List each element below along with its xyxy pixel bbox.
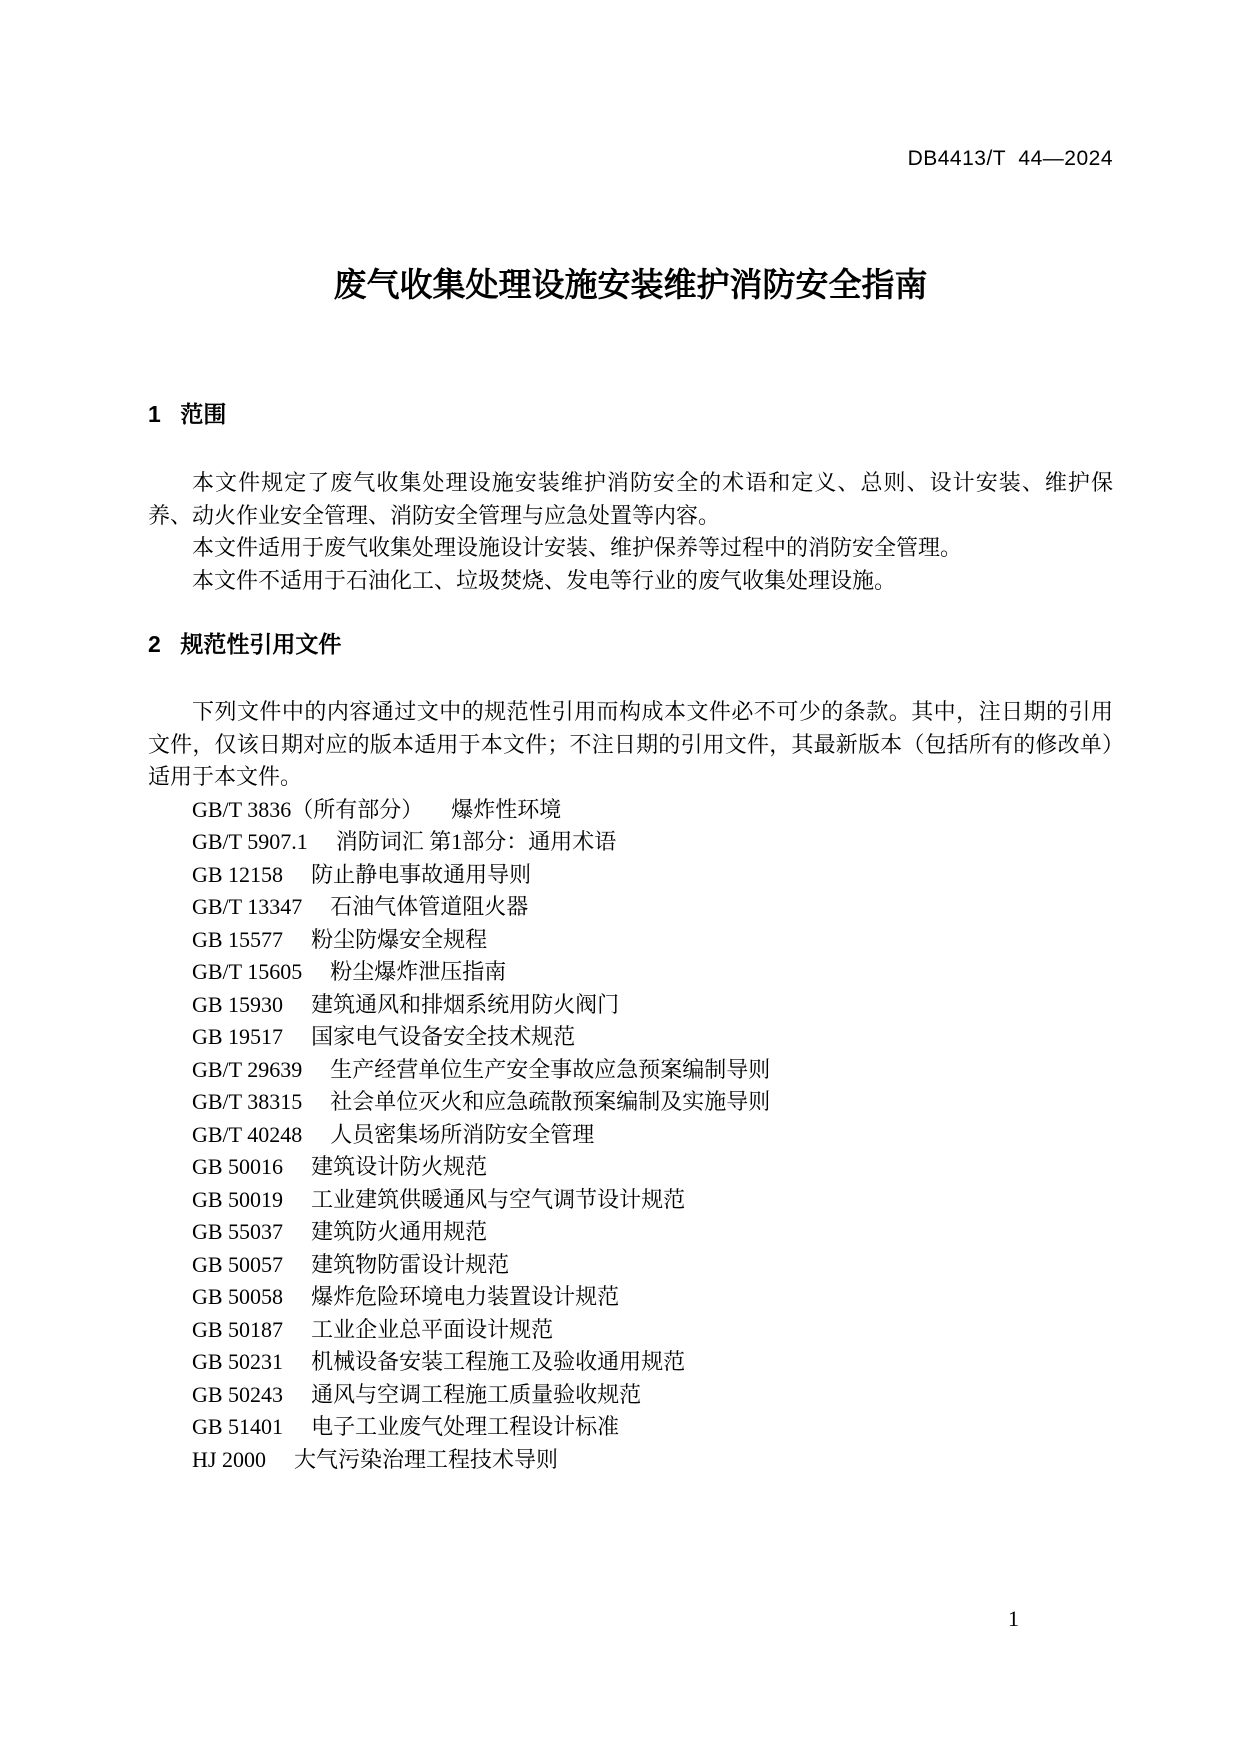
reference-code: GB/T 38315 (192, 1089, 302, 1114)
reference-item: GB 50016建筑设计防火规范 (148, 1151, 1113, 1184)
reference-title: 工业建筑供暖通风与空气调节设计规范 (311, 1187, 685, 1212)
reference-code: GB 55037 (192, 1219, 283, 1244)
reference-item: GB/T 29639生产经营单位生产安全事故应急预案编制导则 (148, 1054, 1113, 1087)
doc-title: 废气收集处理设施安装维护消防安全指南 (148, 264, 1113, 306)
reference-title: 社会单位灭火和应急疏散预案编制及实施导则 (330, 1089, 770, 1114)
section-1-number: 1 (148, 401, 161, 427)
section-1-body: 本文件规定了废气收集处理设施安装维护消防安全的术语和定义、总则、设计安装、维护保… (148, 467, 1113, 597)
reference-item: GB 50231机械设备安装工程施工及验收通用规范 (148, 1346, 1113, 1379)
reference-title: 通风与空调工程施工质量验收规范 (311, 1382, 641, 1407)
reference-code: GB 50187 (192, 1317, 283, 1342)
reference-code: GB 15930 (192, 992, 283, 1017)
reference-item: GB 15930建筑通风和排烟系统用防火阀门 (148, 989, 1113, 1022)
reference-title: 粉尘爆炸泄压指南 (330, 959, 506, 984)
reference-title: 建筑防火通用规范 (311, 1219, 487, 1244)
section-1-heading: 1范围 (148, 399, 1113, 429)
page-number: 1 (1008, 1604, 1019, 1634)
reference-title: 粉尘防爆安全规程 (311, 927, 487, 952)
reference-item: HJ 2000大气污染治理工程技术导则 (148, 1444, 1113, 1477)
reference-title: 防止静电事故通用导则 (311, 862, 531, 887)
paragraph: 本文件适用于废气收集处理设施设计安装、维护保养等过程中的消防安全管理。 (148, 532, 1113, 565)
reference-item: GB 55037建筑防火通用规范 (148, 1216, 1113, 1249)
reference-title: 建筑设计防火规范 (311, 1154, 487, 1179)
reference-title: 爆炸危险环境电力装置设计规范 (311, 1284, 619, 1309)
reference-title: 建筑物防雷设计规范 (311, 1252, 509, 1277)
reference-title: 消防词汇 第1部分：通用术语 (336, 829, 617, 854)
section-2-heading: 2规范性引用文件 (148, 629, 1113, 659)
document-content: DB4413/T 44—2024 废气收集处理设施安装维护消防安全指南 1范围 … (148, 0, 1113, 1476)
reference-code: GB 15577 (192, 927, 283, 952)
reference-title: 生产经营单位生产安全事故应急预案编制导则 (330, 1057, 770, 1082)
reference-title: 建筑通风和排烟系统用防火阀门 (311, 992, 619, 1017)
reference-code: GB/T 13347 (192, 894, 302, 919)
section-2-title: 规范性引用文件 (180, 631, 341, 657)
reference-item: GB/T 5907.1消防词汇 第1部分：通用术语 (148, 826, 1113, 859)
reference-item: GB/T 40248人员密集场所消防安全管理 (148, 1119, 1113, 1152)
reference-title: 机械设备安装工程施工及验收通用规范 (311, 1349, 685, 1374)
reference-code: GB/T 15605 (192, 959, 302, 984)
reference-code: GB/T 3836（所有部分） (192, 797, 423, 822)
reference-title: 石油气体管道阻火器 (330, 894, 528, 919)
reference-item: GB 19517国家电气设备安全技术规范 (148, 1021, 1113, 1054)
reference-item: GB 50057建筑物防雷设计规范 (148, 1249, 1113, 1282)
reference-title: 人员密集场所消防安全管理 (330, 1122, 594, 1147)
reference-code: GB 50243 (192, 1382, 283, 1407)
reference-code: HJ 2000 (192, 1447, 266, 1472)
reference-code: GB 19517 (192, 1024, 283, 1049)
reference-code: GB 50019 (192, 1187, 283, 1212)
reference-title: 爆炸性环境 (451, 797, 561, 822)
reference-item: GB 12158防止静电事故通用导则 (148, 859, 1113, 892)
reference-code: GB/T 40248 (192, 1122, 302, 1147)
reference-item: GB/T 3836（所有部分）爆炸性环境 (148, 794, 1113, 827)
reference-code: GB 50058 (192, 1284, 283, 1309)
reference-code: GB 50016 (192, 1154, 283, 1179)
reference-title: 大气污染治理工程技术导则 (294, 1447, 558, 1472)
reference-code: GB/T 5907.1 (192, 829, 308, 854)
reference-code: GB 12158 (192, 862, 283, 887)
reference-code: GB 50057 (192, 1252, 283, 1277)
reference-title: 电子工业废气处理工程设计标准 (311, 1414, 619, 1439)
reference-title: 国家电气设备安全技术规范 (311, 1024, 575, 1049)
reference-code: GB/T 29639 (192, 1057, 302, 1082)
reference-item: GB/T 13347石油气体管道阻火器 (148, 891, 1113, 924)
reference-item: GB/T 15605粉尘爆炸泄压指南 (148, 956, 1113, 989)
reference-item: GB/T 38315社会单位灭火和应急疏散预案编制及实施导则 (148, 1086, 1113, 1119)
reference-title: 工业企业总平面设计规范 (311, 1317, 553, 1342)
reference-code: GB 51401 (192, 1414, 283, 1439)
reference-item: GB 15577粉尘防爆安全规程 (148, 924, 1113, 957)
paragraph: 下列文件中的内容通过文中的规范性引用而构成本文件必不可少的条款。其中，注日期的引… (148, 696, 1113, 794)
reference-item: GB 51401电子工业废气处理工程设计标准 (148, 1411, 1113, 1444)
paragraph: 本文件规定了废气收集处理设施安装维护消防安全的术语和定义、总则、设计安装、维护保… (148, 467, 1113, 532)
reference-item: GB 50058爆炸危险环境电力装置设计规范 (148, 1281, 1113, 1314)
doc-number: DB4413/T 44—2024 (908, 146, 1113, 172)
references-list: GB/T 3836（所有部分）爆炸性环境 GB/T 5907.1消防词汇 第1部… (148, 794, 1113, 1477)
section-2-number: 2 (148, 631, 161, 657)
document-page: DB4413/T 44—2024 废气收集处理设施安装维护消防安全指南 1范围 … (0, 0, 1241, 1754)
reference-code: GB 50231 (192, 1349, 283, 1374)
section-1-title: 范围 (180, 401, 226, 427)
reference-item: GB 50243通风与空调工程施工质量验收规范 (148, 1379, 1113, 1412)
reference-item: GB 50187工业企业总平面设计规范 (148, 1314, 1113, 1347)
paragraph: 本文件不适用于石油化工、垃圾焚烧、发电等行业的废气收集处理设施。 (148, 565, 1113, 598)
reference-item: GB 50019工业建筑供暖通风与空气调节设计规范 (148, 1184, 1113, 1217)
